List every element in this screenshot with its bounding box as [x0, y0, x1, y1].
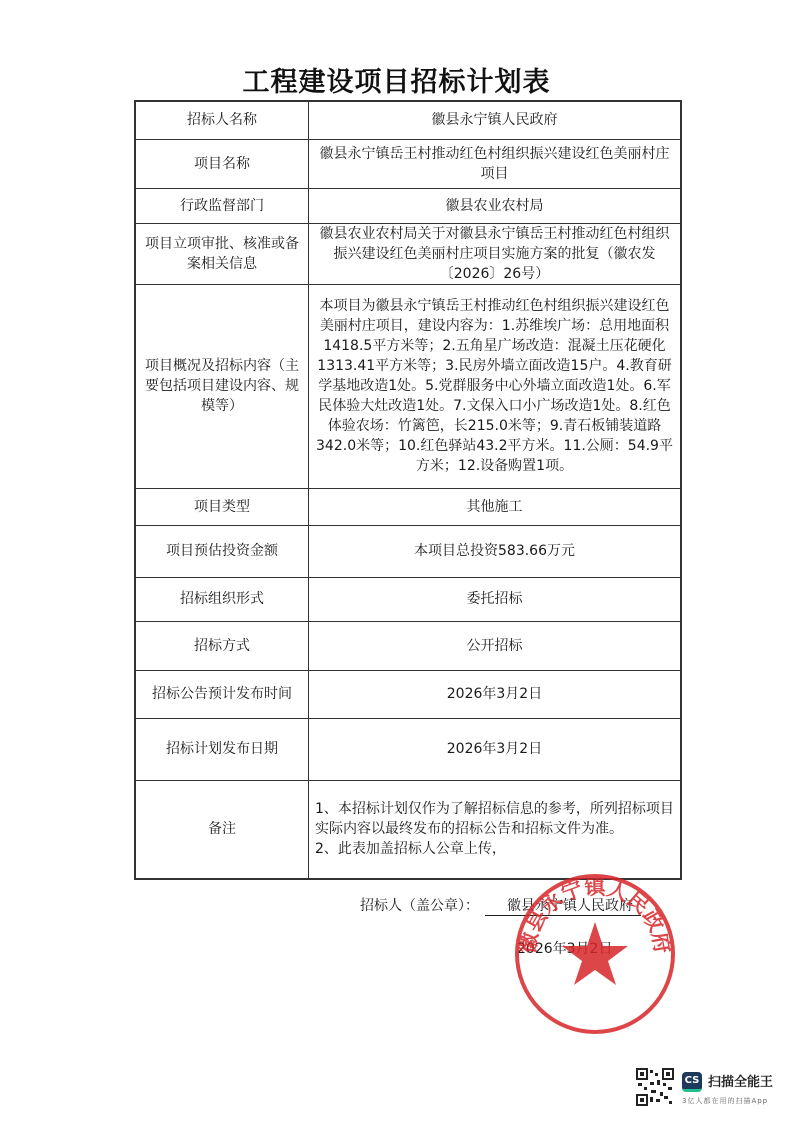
row-label: 项目概况及招标内容（主要包括项目建设内容、规模等）: [135, 284, 309, 488]
row-label: 招标计划发布日期: [135, 718, 309, 780]
row-value: 1、本招标计划仅作为了解招标信息的参考，所列招标项目实际内容以最终发布的招标公告…: [309, 780, 682, 879]
row-value: 本项目为徽县永宁镇岳王村推动红色村组织振兴建设红色美丽村庄项目，建设内容为：1.…: [309, 284, 682, 488]
bidding-plan-table: 招标人名称徽县永宁镇人民政府项目名称徽县永宁镇岳王村推动红色村组织振兴建设红色美…: [134, 100, 682, 880]
camscanner-logo-icon: CS: [682, 1072, 702, 1092]
row-label: 招标公告预计发布时间: [135, 670, 309, 718]
table-row: 招标方式公开招标: [135, 621, 681, 670]
table-row: 项目立项审批、核准或备案相关信息徽县农业农村局关于对徽县永宁镇岳王村推动红色村组…: [135, 223, 681, 284]
row-label: 备注: [135, 780, 309, 879]
row-value: 徽县永宁镇人民政府: [309, 101, 682, 139]
row-label: 招标组织形式: [135, 577, 309, 621]
row-value: 徽县农业农村局关于对徽县永宁镇岳王村推动红色村组织振兴建设红色美丽村庄项目实施方…: [309, 223, 682, 284]
table-row: 招标组织形式委托招标: [135, 577, 681, 621]
table-row: 项目类型其他施工: [135, 488, 681, 525]
row-value: 本项目总投资583.66万元: [309, 525, 682, 577]
row-label: 项目立项审批、核准或备案相关信息: [135, 223, 309, 284]
signature-date: 2026年3月2日: [517, 938, 612, 958]
row-value: 徽县永宁镇岳王村推动红色村组织振兴建设红色美丽村庄项目: [309, 139, 682, 188]
table-row: 招标人名称徽县永宁镇人民政府: [135, 101, 681, 139]
table-row: 招标公告预计发布时间2026年3月2日: [135, 670, 681, 718]
document-title: 工程建设项目招标计划表: [0, 60, 793, 99]
signature-organization: 徽县永宁镇人民政府: [485, 895, 641, 916]
row-value: 其他施工: [309, 488, 682, 525]
row-label: 项目类型: [135, 488, 309, 525]
row-label: 项目名称: [135, 139, 309, 188]
table-row: 项目名称徽县永宁镇岳王村推动红色村组织振兴建设红色美丽村庄项目: [135, 139, 681, 188]
qr-code-icon: [636, 1068, 674, 1106]
camscanner-watermark: CS 扫描全能王 3亿人都在用的扫描App: [636, 1068, 786, 1112]
table-row: 项目概况及招标内容（主要包括项目建设内容、规模等）本项目为徽县永宁镇岳王村推动红…: [135, 284, 681, 488]
row-label: 招标方式: [135, 621, 309, 670]
row-label: 项目预估投资金额: [135, 525, 309, 577]
table-row: 项目预估投资金额本项目总投资583.66万元: [135, 525, 681, 577]
row-value: 2026年3月2日: [309, 718, 682, 780]
row-label: 行政监督部门: [135, 188, 309, 223]
table-row: 招标计划发布日期2026年3月2日: [135, 718, 681, 780]
camscanner-tagline: 3亿人都在用的扫描App: [682, 1096, 768, 1106]
camscanner-app-name: 扫描全能王: [708, 1071, 773, 1090]
row-value: 公开招标: [309, 621, 682, 670]
table-row: 行政监督部门徽县农业农村局: [135, 188, 681, 223]
signature-line: 招标人（盖公章）：徽县永宁镇人民政府: [360, 895, 641, 916]
signature-label: 招标人（盖公章）：: [360, 898, 479, 914]
row-label: 招标人名称: [135, 101, 309, 139]
table-row: 备注1、本招标计划仅作为了解招标信息的参考，所列招标项目实际内容以最终发布的招标…: [135, 780, 681, 879]
row-value: 委托招标: [309, 577, 682, 621]
row-value: 徽县农业农村局: [309, 188, 682, 223]
row-value: 2026年3月2日: [309, 670, 682, 718]
